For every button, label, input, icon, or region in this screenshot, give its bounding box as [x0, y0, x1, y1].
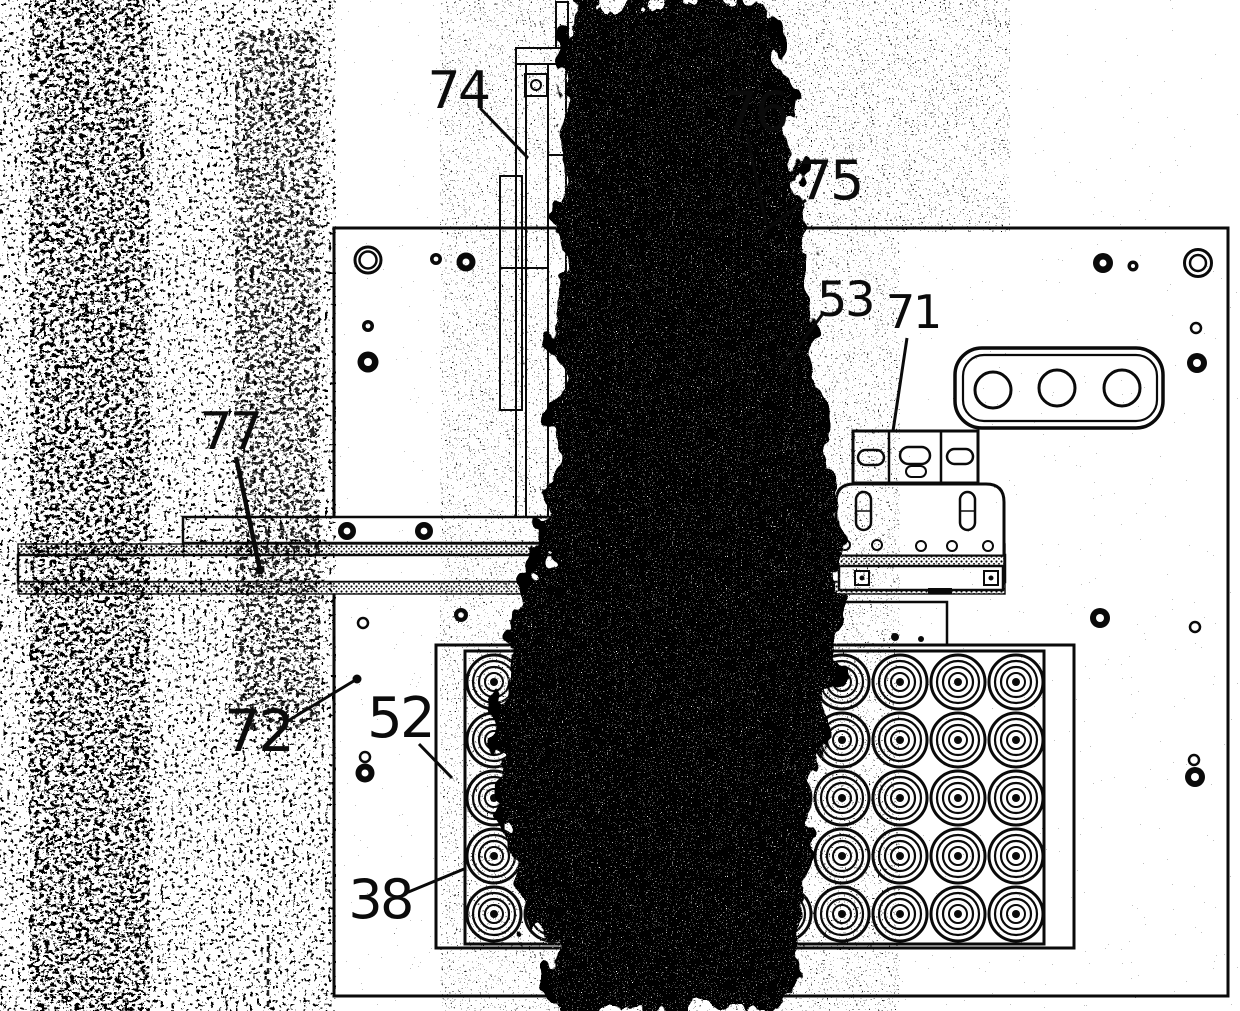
page-speckle: [0, 0, 1240, 1011]
drawing-canvas: [0, 0, 1240, 1011]
leader-dot-77: [256, 566, 265, 575]
scan-noise: [0, 0, 1240, 1011]
leader-dot-72: [353, 675, 362, 684]
patent-drawing-page: 747675537177725238: [0, 0, 1240, 1011]
